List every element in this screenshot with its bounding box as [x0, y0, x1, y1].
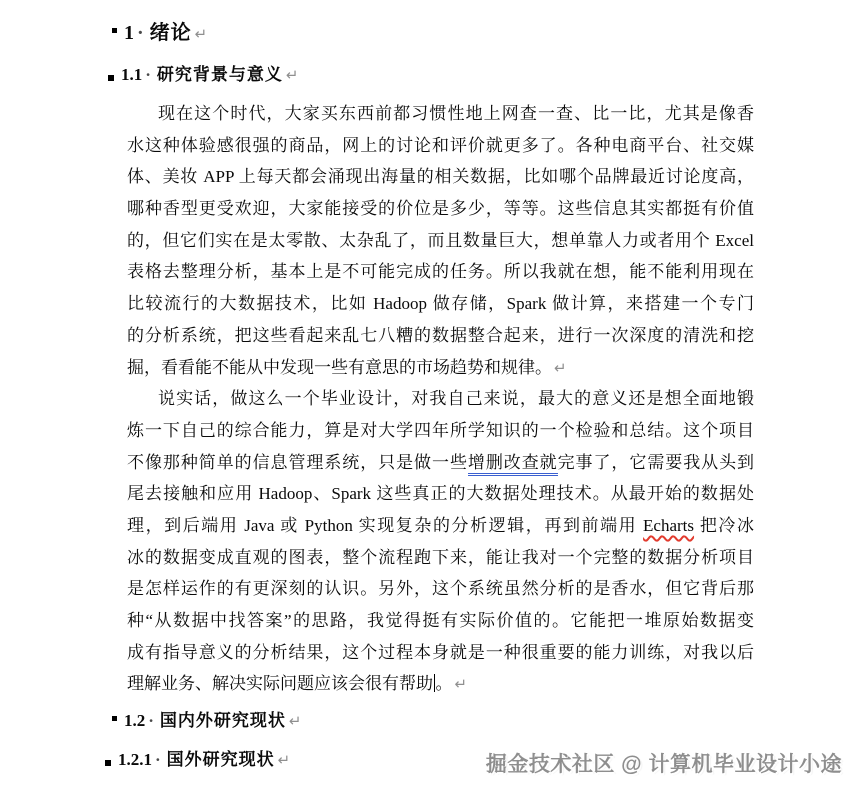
text-run: 完事了，它需要我从头到: [558, 453, 754, 472]
paragraph: 说实话，做这么一个毕业设计，对我自己来说，最大的意义还是想全面地锻炼一下自己的综…: [127, 383, 754, 700]
text-run: 不像那种简单的信息管理系统，只是做一些: [127, 453, 468, 472]
text-run: 掘，看看能不能从中发现一些有意思的市场趋势和规律。: [127, 358, 552, 377]
text-run: 水这种体验感很强的商品，网上的讨论和评价就更多了。各种电商平台、社交媒: [127, 136, 754, 155]
text-line[interactable]: 成有指导意义的分析结果，这个过程本身就是一种很重要的能力训练，对我以后: [127, 637, 754, 669]
text-run: 冰的数据变成直观的图表，整个流程跑下来，能让我对一个完整的数据分析项目: [127, 548, 754, 567]
text-run: 说实话，做这么一个毕业设计，对我自己来说，最大的意义还是想全面地锻: [158, 389, 754, 408]
outline-bullet-icon: [112, 716, 117, 721]
paragraph: 现在这个时代，大家买东西前都习惯性地上网查一查、比一比，尤其是像香水这种体验感很…: [127, 98, 754, 383]
space-mark: ·: [145, 65, 151, 85]
text-run: 成有指导意义的分析结果，这个过程本身就是一种很重要的能力训练，对我以后: [127, 643, 754, 662]
paragraph-mark-icon: ↵: [455, 675, 468, 693]
text-run: 炼一下自己的综合能力，算是对大学四年所学知识的一个检验和总结。这个项目: [127, 421, 754, 440]
text-run: 。: [436, 674, 453, 693]
heading-title: 国内外研究现状: [160, 706, 286, 731]
text-run: 理，到后端用 Java 或 Python 实现复杂的分析逻辑，再到前端用: [127, 516, 643, 535]
heading-1-2-section[interactable]: 1.2 · 国内外研究现状 ↵: [112, 706, 302, 731]
text-line[interactable]: 表格去整理分析，基本上是不可能完成的任务。所以我就在想，能不能利用现在: [127, 256, 754, 288]
text-run: 理解业务、解决实际问题应该会很有帮助: [127, 674, 433, 693]
text-run: 是怎样运作的有更深刻的认识。另外，这个系统虽然分析的是香水，但它背后那: [127, 579, 754, 598]
spellcheck-underline-text: Echarts: [643, 516, 694, 535]
text-line[interactable]: 掘，看看能不能从中发现一些有意思的市场趋势和规律。↵: [127, 352, 754, 384]
paragraph-mark-icon: ↵: [286, 66, 299, 84]
outline-bullet-icon: [108, 75, 114, 81]
text-run: 种“从数据中找答案”的思路，我觉得挺有实际价值的。它能把一堆原始数据变: [127, 611, 754, 630]
text-line[interactable]: 理，到后端用 Java 或 Python 实现复杂的分析逻辑，再到前端用 Ech…: [127, 510, 754, 542]
heading-title: 研究背景与意义: [157, 60, 283, 85]
text-run: 现在这个时代，大家买东西前都习惯性地上网查一查、比一比，尤其是像香: [158, 104, 754, 123]
text-line[interactable]: 不像那种简单的信息管理系统，只是做一些增删改查就完事了，它需要我从头到: [127, 447, 754, 479]
outline-bullet-icon: [112, 28, 117, 33]
text-line[interactable]: 冰的数据变成直观的图表，整个流程跑下来，能让我对一个完整的数据分析项目: [127, 542, 754, 574]
text-line[interactable]: 比较流行的大数据技术，比如 Hadoop 做存储，Spark 做计算，来搭建一个…: [127, 288, 754, 320]
text-run: 比较流行的大数据技术，比如 Hadoop 做存储，Spark 做计算，来搭建一个…: [127, 294, 754, 313]
paragraph-mark-icon: ↵: [289, 712, 302, 730]
text-run: 的，但它们实在是太零散、太杂乱了，而且数量巨大，想单靠人力或者用个 Excel: [127, 231, 754, 250]
text-run: 的分析系统，把这些看起来乱七八糟的数据整合起来，进行一次深度的清洗和挖: [127, 326, 754, 345]
paragraph-mark-icon: ↵: [554, 359, 567, 377]
text-line[interactable]: 的分析系统，把这些看起来乱七八糟的数据整合起来，进行一次深度的清洗和挖: [127, 320, 754, 352]
space-mark: ·: [155, 750, 161, 770]
text-line[interactable]: 炼一下自己的综合能力，算是对大学四年所学知识的一个检验和总结。这个项目: [127, 415, 754, 447]
document-body: 现在这个时代，大家买东西前都习惯性地上网查一查、比一比，尤其是像香水这种体验感很…: [127, 98, 754, 700]
outline-bullet-icon: [105, 760, 111, 766]
heading-1-1-section[interactable]: 1.1 · 研究背景与意义 ↵: [108, 60, 299, 85]
text-line[interactable]: 的，但它们实在是太零散、太杂乱了，而且数量巨大，想单靠人力或者用个 Excel: [127, 225, 754, 257]
text-line[interactable]: 水这种体验感很强的商品，网上的讨论和评价就更多了。各种电商平台、社交媒: [127, 130, 754, 162]
heading-number: 1.2: [124, 711, 145, 731]
text-run: 表格去整理分析，基本上是不可能完成的任务。所以我就在想，能不能利用现在: [127, 262, 754, 281]
document-page: 1 · 绪论 ↵ 1.1 · 研究背景与意义 ↵ 现在这个时代，大家买东西前都习…: [0, 0, 845, 794]
text-line[interactable]: 哪种香型更受欢迎，大家能接受的价位是多少，等等。这些信息其实都挺有价值: [127, 193, 754, 225]
heading-number: 1: [124, 22, 134, 45]
text-line[interactable]: 尾去接触和应用 Hadoop、Spark 这些真正的大数据处理技术。从最开始的数…: [127, 478, 754, 510]
text-run: 哪种香型更受欢迎，大家能接受的价位是多少，等等。这些信息其实都挺有价值: [127, 199, 754, 218]
heading-number: 1.1: [121, 65, 142, 85]
text-run: 把冷冰: [694, 516, 754, 535]
space-mark: ·: [148, 711, 154, 731]
heading-title: 绪论: [150, 16, 192, 45]
text-line[interactable]: 说实话，做这么一个毕业设计，对我自己来说，最大的意义还是想全面地锻: [127, 383, 754, 415]
space-mark: ·: [137, 22, 144, 45]
text-line[interactable]: 理解业务、解决实际问题应该会很有帮助。↵: [127, 668, 754, 700]
text-run: 体、美妆 APP 上每天都会涌现出海量的相关数据，比如哪个品牌最近讨论度高，: [127, 167, 754, 186]
text-line[interactable]: 现在这个时代，大家买东西前都习惯性地上网查一查、比一比，尤其是像香: [127, 98, 754, 130]
text-line[interactable]: 体、美妆 APP 上每天都会涌现出海量的相关数据，比如哪个品牌最近讨论度高，: [127, 161, 754, 193]
watermark-text: 掘金技术社区 @ 计算机毕业设计小途: [486, 748, 842, 778]
text-run: 尾去接触和应用 Hadoop、Spark 这些真正的大数据处理技术。从最开始的数…: [127, 484, 754, 503]
paragraph-mark-icon: ↵: [195, 25, 208, 43]
text-line[interactable]: 是怎样运作的有更深刻的认识。另外，这个系统虽然分析的是香水，但它背后那: [127, 573, 754, 605]
heading-1-2-1-subsection[interactable]: 1.2.1 · 国外研究现状 ↵: [105, 745, 290, 770]
heading-title: 国外研究现状: [167, 745, 275, 770]
text-line[interactable]: 种“从数据中找答案”的思路，我觉得挺有实际价值的。它能把一堆原始数据变: [127, 605, 754, 637]
paragraph-mark-icon: ↵: [278, 751, 291, 769]
heading-number: 1.2.1: [118, 750, 152, 770]
grammar-underline-text: 增删改查就: [468, 453, 558, 476]
heading-1-chapter[interactable]: 1 · 绪论 ↵: [112, 16, 207, 45]
